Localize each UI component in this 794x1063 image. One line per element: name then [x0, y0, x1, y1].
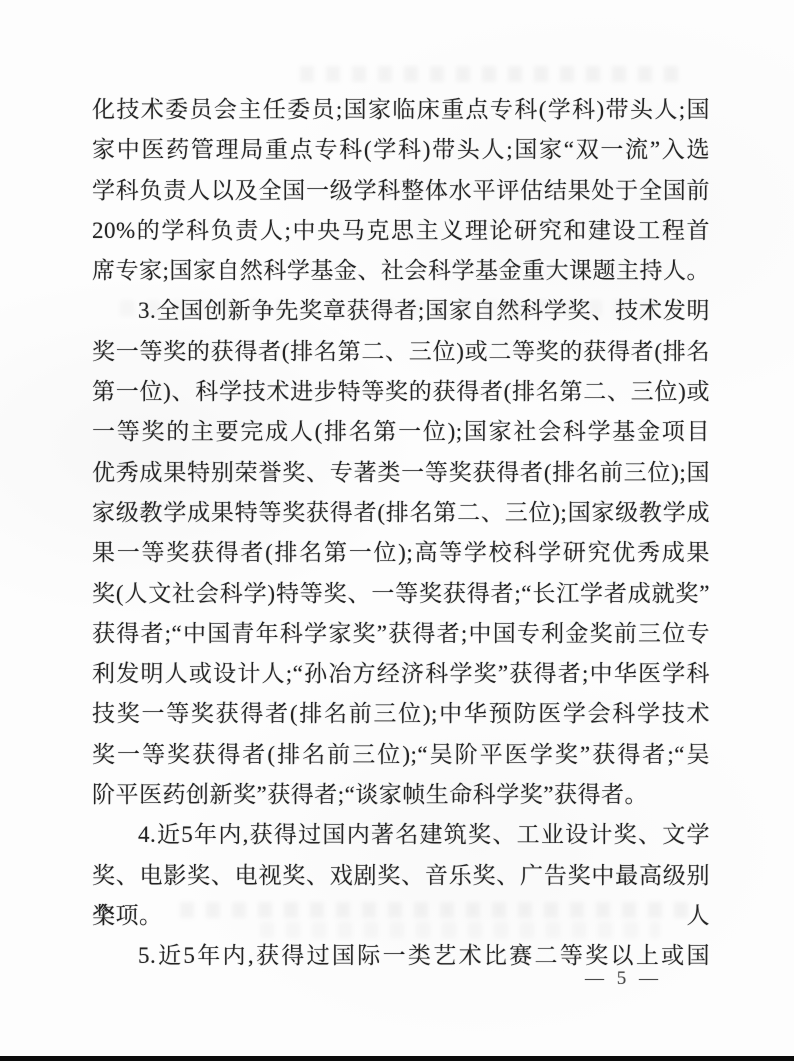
text-line: 奖(人文社会科学)特等奖、一等奖获得者;“长江学者成就奖” — [92, 574, 710, 614]
text-line: 20%的学科负责人;中央马克思主义理论研究和建设工程首 — [92, 211, 710, 251]
text-line: 化技术委员会主任委员;国家临床重点专科(学科)带头人;国 — [92, 90, 710, 130]
document-body-text: 化技术委员会主任委员;国家临床重点专科(学科)带头人;国 家中医药管理局重点专科… — [92, 90, 710, 977]
page-number: — 5 — — [585, 968, 685, 990]
text-line: 家级教学成果特等奖获得者(排名第二、三位);国家级教学成 — [92, 493, 710, 533]
text-line: 一等奖的主要完成人(排名第一位);国家社会科学基金项目 — [92, 412, 710, 452]
text-line: 获得者;“中国青年科学家奖”获得者;中国专利金奖前三位专 — [92, 614, 710, 654]
text-line-item-3-start: 3.全国创新争先奖章获得者;国家自然科学奖、技术发明 — [92, 291, 710, 331]
scan-bottom-edge — [0, 1056, 794, 1061]
text-line: 家中医药管理局重点专科(学科)带头人;国家“双一流”入选 — [92, 130, 710, 170]
scan-smudge — [300, 66, 680, 82]
text-line: 果一等奖获得者(排名第一位);高等学校科学研究优秀成果 — [92, 533, 710, 573]
text-line: 阶平医药创新奖”获得者;“谈家帧生命科学奖”获得者。 — [92, 775, 710, 815]
text-line: 奖、电影奖、电视奖、戏剧奖、音乐奖、广告奖中最高级别个人 — [92, 856, 710, 896]
text-line-item-4-start: 4.近5年内,获得过国内著名建筑奖、工业设计奖、文学 — [92, 815, 710, 855]
scanned-document-page: 化技术委员会主任委员;国家临床重点专科(学科)带头人;国 家中医药管理局重点专科… — [0, 0, 794, 1063]
text-line: 席专家;国家自然科学基金、社会科学基金重大课题主持人。 — [92, 251, 710, 291]
text-line: 利发明人或设计人;“孙冶方经济科学奖”获得者;中华医学科 — [92, 654, 710, 694]
text-line: 奖一等奖的获得者(排名第二、三位)或二等奖的获得者(排名 — [92, 332, 710, 372]
text-line: 第一位)、科学技术进步特等奖的获得者(排名第二、三位)或 — [92, 372, 710, 412]
text-line: 学科负责人以及全国一级学科整体水平评估结果处于全国前 — [92, 171, 710, 211]
text-line: 技奖一等奖获得者(排名前三位);中华预防医学会科学技术 — [92, 694, 710, 734]
text-line: 奖一等奖获得者(排名前三位);“吴阶平医学奖”获得者;“吴 — [92, 735, 710, 775]
text-line: 优秀成果特别荣誉奖、专著类一等奖获得者(排名前三位);国 — [92, 453, 710, 493]
